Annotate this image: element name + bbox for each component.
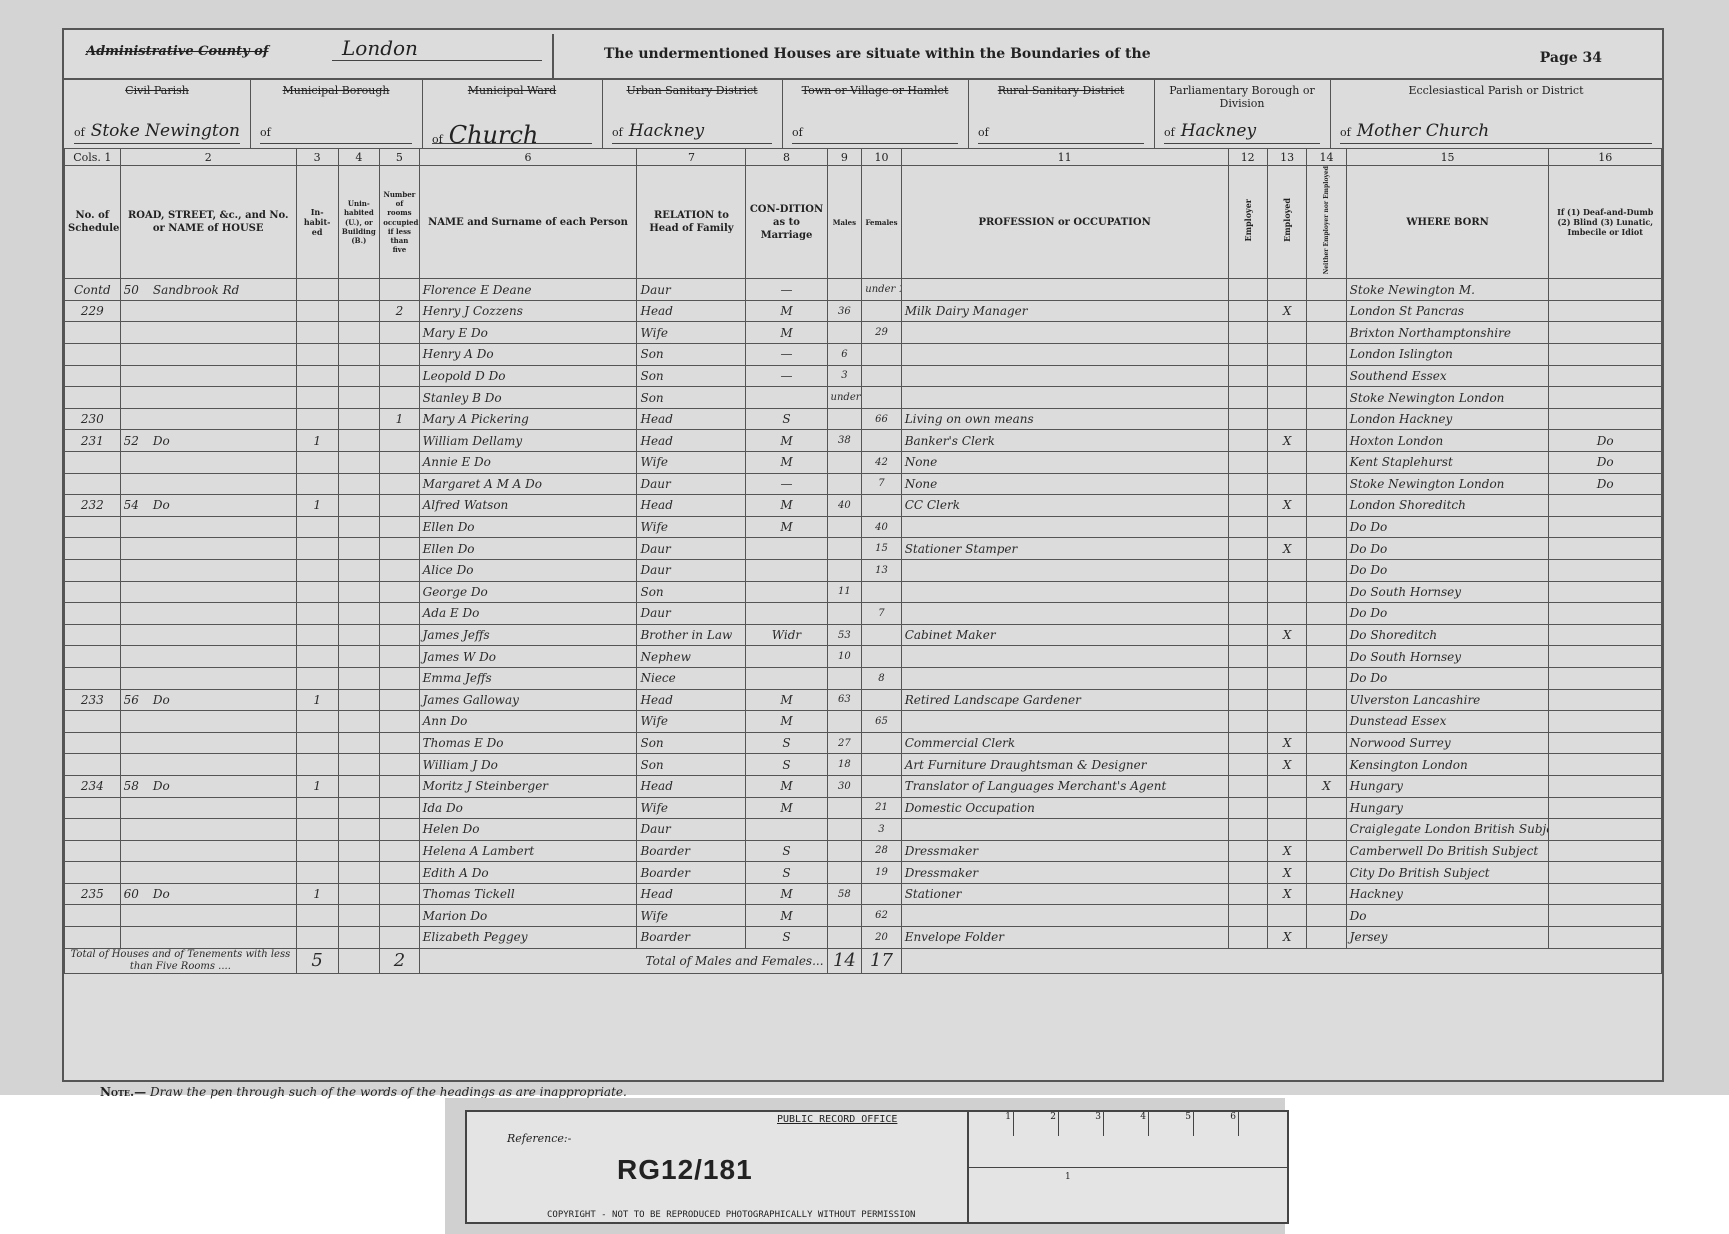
census-row: Elizabeth PeggeyBoarderS20Envelope Folde… (65, 927, 1662, 949)
uninhabited (338, 495, 380, 517)
age-male (827, 667, 862, 689)
schedule-no (65, 387, 121, 409)
age-male: 30 (827, 775, 862, 797)
employed-mark (1267, 603, 1306, 625)
employer-mark (1228, 322, 1267, 344)
schedule-no (65, 905, 121, 927)
census-sheet: Administrative County of London The unde… (0, 0, 1729, 1095)
age-female: 7 (862, 603, 901, 625)
column-headings-row: No. of Schedule ROAD, STREET, &c., and N… (65, 166, 1662, 279)
condition: M (746, 711, 827, 733)
person-name: Stanley B Do (419, 387, 637, 409)
rooms (380, 775, 419, 797)
inhabited: 1 (296, 775, 338, 797)
occupation: Stationer Stamper (901, 538, 1228, 560)
person-name: Helena A Lambert (419, 840, 637, 862)
col-num: 15 (1346, 149, 1549, 166)
of-label: of (1164, 126, 1175, 139)
age-female: 40 (862, 516, 901, 538)
address (120, 624, 296, 646)
uninhabited (338, 516, 380, 538)
census-row: Leopold D DoSon—3Southend Essex (65, 365, 1662, 387)
where-born: Dunstead Essex (1346, 711, 1549, 733)
infirmity (1549, 667, 1662, 689)
neither-mark (1307, 430, 1346, 452)
relation: Son (637, 344, 746, 366)
neither-mark (1307, 538, 1346, 560)
neither-mark (1307, 624, 1346, 646)
inhabited (296, 603, 338, 625)
division-value-line: ofMother Church (1340, 121, 1652, 144)
neither-mark (1307, 646, 1346, 668)
heading-name: NAME and Surname of each Person (419, 166, 637, 279)
relation: Wife (637, 322, 746, 344)
age-female: 7 (862, 473, 901, 495)
employed-mark: X (1267, 754, 1306, 776)
inhabited (296, 473, 338, 495)
age-male: 36 (827, 300, 862, 322)
person-name: Emma Jeffs (419, 667, 637, 689)
where-born: Kensington London (1346, 754, 1549, 776)
person-name: Thomas Tickell (419, 883, 637, 905)
rooms (380, 862, 419, 884)
division-rural-sanitary: Rural Sanitary District of (968, 80, 1155, 150)
relation: Son (637, 732, 746, 754)
division-parliamentary-borough: Parliamentary Borough or Division ofHack… (1154, 80, 1331, 150)
infirmity (1549, 387, 1662, 409)
age-female (862, 754, 901, 776)
uninhabited (338, 905, 380, 927)
census-table: Cols. 1 2 3 4 5 6 7 8 9 10 11 12 13 14 1… (64, 148, 1662, 974)
division-value: Hackney (623, 121, 704, 141)
address (120, 581, 296, 603)
census-row: Stanley B DoSonunder 1 MoStoke Newington… (65, 387, 1662, 409)
division-value (989, 121, 995, 141)
census-row: 2292Henry J CozzensHeadM36Milk Dairy Man… (65, 300, 1662, 322)
inhabited (296, 754, 338, 776)
heading-rooms: Number of rooms occupied if less than fi… (380, 166, 419, 279)
county-header: Administrative County of London (72, 34, 554, 80)
employed-mark (1267, 473, 1306, 495)
uninhabited (338, 344, 380, 366)
census-row: Ada E DoDaur7Do Do (65, 603, 1662, 625)
address: 54Do (120, 495, 296, 517)
schedule-no: 231 (65, 430, 121, 452)
uninhabited (338, 408, 380, 430)
age-male (827, 538, 862, 560)
neither-mark (1307, 559, 1346, 581)
infirmity (1549, 732, 1662, 754)
census-row: Margaret A M A DoDaur—7NoneStoke Newingt… (65, 473, 1662, 495)
employer-mark (1228, 279, 1267, 301)
inhabited (296, 559, 338, 581)
page-title: The undermentioned Houses are situate wi… (604, 46, 1151, 62)
rooms (380, 279, 419, 301)
person-name: Henry A Do (419, 344, 637, 366)
schedule-no: 233 (65, 689, 121, 711)
age-male: 58 (827, 883, 862, 905)
address (120, 646, 296, 668)
relation: Head (637, 689, 746, 711)
uninhabited (338, 883, 380, 905)
census-row: Ann DoWifeM65Dunstead Essex (65, 711, 1662, 733)
employer-mark (1228, 538, 1267, 560)
rooms (380, 840, 419, 862)
census-row: Ellen DoDaur15Stationer StamperXDo Do (65, 538, 1662, 560)
division-municipal-ward: Municipal Ward ofChurch (422, 80, 603, 150)
age-male (827, 840, 862, 862)
rooms: 2 (380, 300, 419, 322)
division-value: Stoke Newington (85, 121, 240, 141)
where-born: Norwood Surrey (1346, 732, 1549, 754)
condition: S (746, 927, 827, 949)
division-ecclesiastical-parish: Ecclesiastical Parish or District ofMoth… (1330, 80, 1662, 150)
employed-mark (1267, 516, 1306, 538)
division-caption: Municipal Borough (250, 84, 422, 97)
infirmity (1549, 495, 1662, 517)
condition: S (746, 732, 827, 754)
person-name: Helen Do (419, 819, 637, 841)
schedule-no (65, 819, 121, 841)
employer-mark (1228, 452, 1267, 474)
col-num: 8 (746, 149, 827, 166)
uninhabited (338, 732, 380, 754)
reference-label: Reference:- (507, 1132, 571, 1145)
infirmity (1549, 775, 1662, 797)
rooms (380, 905, 419, 927)
occupation: Domestic Occupation (901, 797, 1228, 819)
occupation: Cabinet Maker (901, 624, 1228, 646)
person-name: Moritz J Steinberger (419, 775, 637, 797)
inhabited: 1 (296, 495, 338, 517)
employed-mark (1267, 905, 1306, 927)
heading-condition: CON-DITION as to Marriage (746, 166, 827, 279)
relation: Daur (637, 473, 746, 495)
inhabited (296, 452, 338, 474)
address: 50Sandbrook Rd (120, 279, 296, 301)
neither-mark (1307, 581, 1346, 603)
employed-mark (1267, 387, 1306, 409)
age-female (862, 883, 901, 905)
inhabited (296, 538, 338, 560)
infirmity (1549, 840, 1662, 862)
where-born: London Hackney (1346, 408, 1549, 430)
person-name: Ida Do (419, 797, 637, 819)
division-value: Hackney (1175, 121, 1256, 141)
schedule-no: 234 (65, 775, 121, 797)
relation: Head (637, 495, 746, 517)
inhabited (296, 905, 338, 927)
census-row: Henry A DoSon—6London Islington (65, 344, 1662, 366)
division-caption: Municipal Ward (422, 84, 602, 97)
uninhabited (338, 387, 380, 409)
rooms (380, 473, 419, 495)
census-row: Helen DoDaur3Craiglegate London British … (65, 819, 1662, 841)
relation: Head (637, 883, 746, 905)
infirmity (1549, 516, 1662, 538)
of-label: of (978, 126, 989, 139)
employed-mark (1267, 322, 1306, 344)
of-label: of (792, 126, 803, 139)
division-caption: Town or Village or Hamlet (782, 84, 968, 97)
age-male (827, 516, 862, 538)
census-row: Ellen DoWifeM40Do Do (65, 516, 1662, 538)
houses-total-inhabited: 5 (296, 948, 338, 973)
employed-mark: X (1267, 495, 1306, 517)
uninhabited (338, 775, 380, 797)
neither-mark (1307, 667, 1346, 689)
age-male (827, 819, 862, 841)
reference-value: RG12/181 (617, 1154, 753, 1186)
street-name: Do (153, 498, 170, 512)
address (120, 732, 296, 754)
age-female: 66 (862, 408, 901, 430)
employed-mark (1267, 452, 1306, 474)
schedule-no (65, 559, 121, 581)
employer-mark (1228, 732, 1267, 754)
division-town-village: Town or Village or Hamlet of (782, 80, 969, 150)
reference-strip: PUBLIC RECORD OFFICE Reference:- RG12/18… (445, 1098, 1285, 1234)
employed-mark (1267, 819, 1306, 841)
relation: Son (637, 387, 746, 409)
of-label: of (74, 126, 85, 139)
person-name: Leopold D Do (419, 365, 637, 387)
census-row: 2301Mary A PickeringHeadS66Living on own… (65, 408, 1662, 430)
schedule-no (65, 516, 121, 538)
col-num: 11 (901, 149, 1228, 166)
reference-box: PUBLIC RECORD OFFICE Reference:- RG12/18… (465, 1110, 1289, 1224)
employed-mark: X (1267, 927, 1306, 949)
condition: M (746, 322, 827, 344)
employed-mark: X (1267, 300, 1306, 322)
neither-mark (1307, 516, 1346, 538)
infirmity (1549, 797, 1662, 819)
employer-mark (1228, 473, 1267, 495)
census-row: Emma JeffsNiece8Do Do (65, 667, 1662, 689)
address (120, 862, 296, 884)
inhabited (296, 927, 338, 949)
inhabited (296, 344, 338, 366)
schedule-no (65, 732, 121, 754)
neither-mark (1307, 387, 1346, 409)
person-name: Henry J Cozzens (419, 300, 637, 322)
age-female (862, 495, 901, 517)
rooms (380, 430, 419, 452)
employer-mark (1228, 689, 1267, 711)
employer-mark (1228, 862, 1267, 884)
where-born: Hungary (1346, 775, 1549, 797)
census-row: Mary E DoWifeM29Brixton Northamptonshire (65, 322, 1662, 344)
age-female (862, 387, 901, 409)
rooms (380, 711, 419, 733)
employer-mark (1228, 667, 1267, 689)
total-males: 14 (827, 948, 862, 973)
schedule-no (65, 322, 121, 344)
relation: Daur (637, 538, 746, 560)
address (120, 905, 296, 927)
employer-mark (1228, 430, 1267, 452)
employed-mark (1267, 797, 1306, 819)
occupation (901, 344, 1228, 366)
street-name: Do (153, 434, 170, 448)
age-male (827, 559, 862, 581)
person-name: Ellen Do (419, 538, 637, 560)
heading-employed: Employed (1267, 166, 1306, 279)
house-number: 50 (124, 283, 139, 297)
of-label: of (1340, 126, 1351, 139)
employed-mark: X (1267, 624, 1306, 646)
relation: Wife (637, 797, 746, 819)
inhabited (296, 408, 338, 430)
houses-total-label: Total of Houses and of Tenements with le… (65, 948, 297, 973)
uninhabited (338, 646, 380, 668)
relation: Head (637, 775, 746, 797)
infirmity (1549, 754, 1662, 776)
relation: Son (637, 581, 746, 603)
age-female: 62 (862, 905, 901, 927)
division-value-line: ofHackney (612, 121, 772, 144)
infirmity (1549, 646, 1662, 668)
condition: — (746, 365, 827, 387)
infirmity (1549, 300, 1662, 322)
address (120, 667, 296, 689)
schedule-no: Contd (65, 279, 121, 301)
neither-mark (1307, 495, 1346, 517)
relation: Nephew (637, 646, 746, 668)
where-born: Ulverston Lancashire (1346, 689, 1549, 711)
inhabited (296, 516, 338, 538)
condition: M (746, 775, 827, 797)
infirmity (1549, 538, 1662, 560)
col-num: 6 (419, 149, 637, 166)
heading-schedule: No. of Schedule (65, 166, 121, 279)
where-born: Stoke Newington London (1346, 473, 1549, 495)
relation: Daur (637, 559, 746, 581)
address (120, 840, 296, 862)
condition (746, 581, 827, 603)
division-value-line: ofChurch (432, 121, 592, 144)
relation: Daur (637, 603, 746, 625)
neither-mark (1307, 732, 1346, 754)
census-row: Edith A DoBoarderS19DressmakerXCity Do B… (65, 862, 1662, 884)
rooms (380, 452, 419, 474)
schedule-no (65, 646, 121, 668)
occupation (901, 387, 1228, 409)
employed-mark: X (1267, 840, 1306, 862)
houses-total-uninhabited (338, 948, 380, 973)
census-row: James W DoNephew10Do South Hornsey (65, 646, 1662, 668)
uninhabited (338, 300, 380, 322)
age-female (862, 365, 901, 387)
where-born: Do South Hornsey (1346, 646, 1549, 668)
inhabited (296, 581, 338, 603)
address (120, 797, 296, 819)
census-row: Annie E DoWifeM42NoneKent StaplehurstDo (65, 452, 1662, 474)
col-num: 9 (827, 149, 862, 166)
uninhabited (338, 797, 380, 819)
houses-total-rooms: 2 (380, 948, 419, 973)
condition (746, 667, 827, 689)
uninhabited (338, 538, 380, 560)
address: 60Do (120, 883, 296, 905)
infirmity (1549, 862, 1662, 884)
inhabited (296, 322, 338, 344)
condition: — (746, 279, 827, 301)
employed-mark: X (1267, 430, 1306, 452)
col-num: 2 (120, 149, 296, 166)
condition: M (746, 430, 827, 452)
occupation (901, 279, 1228, 301)
condition (746, 603, 827, 625)
address (120, 516, 296, 538)
census-row: 23356Do1James GallowayHeadM63Retired Lan… (65, 689, 1662, 711)
house-number: 56 (124, 693, 139, 707)
relation: Wife (637, 452, 746, 474)
occupation: None (901, 452, 1228, 474)
census-row: Marion DoWifeM62Do (65, 905, 1662, 927)
schedule-no (65, 603, 121, 625)
where-born: London Shoreditch (1346, 495, 1549, 517)
age-male (827, 473, 862, 495)
employer-mark (1228, 495, 1267, 517)
employer-mark (1228, 927, 1267, 949)
infirmity: Do (1549, 473, 1662, 495)
address (120, 408, 296, 430)
uninhabited (338, 559, 380, 581)
infirmity (1549, 603, 1662, 625)
infirmity (1549, 624, 1662, 646)
age-female (862, 775, 901, 797)
where-born: Do South Hornsey (1346, 581, 1549, 603)
relation: Head (637, 300, 746, 322)
employed-mark (1267, 408, 1306, 430)
occupation: Envelope Folder (901, 927, 1228, 949)
age-male: under 1 Mo (827, 387, 862, 409)
division-caption: Rural Sanitary District (968, 84, 1154, 97)
employed-mark (1267, 689, 1306, 711)
census-row: James JeffsBrother in LawWidr53Cabinet M… (65, 624, 1662, 646)
person-name: Annie E Do (419, 452, 637, 474)
where-born: Do Do (1346, 538, 1549, 560)
neither-mark (1307, 365, 1346, 387)
census-page: Administrative County of London The unde… (62, 28, 1664, 1082)
house-number: 54 (124, 498, 139, 512)
age-male: 3 (827, 365, 862, 387)
person-name: William J Do (419, 754, 637, 776)
col-num: 3 (296, 149, 338, 166)
neither-mark (1307, 840, 1346, 862)
employer-mark (1228, 754, 1267, 776)
rooms (380, 559, 419, 581)
schedule-no (65, 581, 121, 603)
division-value-line: ofStoke Newington (74, 121, 240, 144)
rooms (380, 797, 419, 819)
infirmity (1549, 279, 1662, 301)
census-row: 23560Do1Thomas TickellHeadM58StationerXH… (65, 883, 1662, 905)
infirmity (1549, 344, 1662, 366)
condition: M (746, 689, 827, 711)
rooms (380, 754, 419, 776)
census-row: George DoSon11Do South Hornsey (65, 581, 1662, 603)
relation: Daur (637, 819, 746, 841)
schedule-no (65, 711, 121, 733)
where-born: London St Pancras (1346, 300, 1549, 322)
employer-mark (1228, 646, 1267, 668)
infirmity (1549, 905, 1662, 927)
condition: M (746, 495, 827, 517)
heading-address: ROAD, STREET, &c., and No. or NAME of HO… (120, 166, 296, 279)
where-born: Do Do (1346, 667, 1549, 689)
